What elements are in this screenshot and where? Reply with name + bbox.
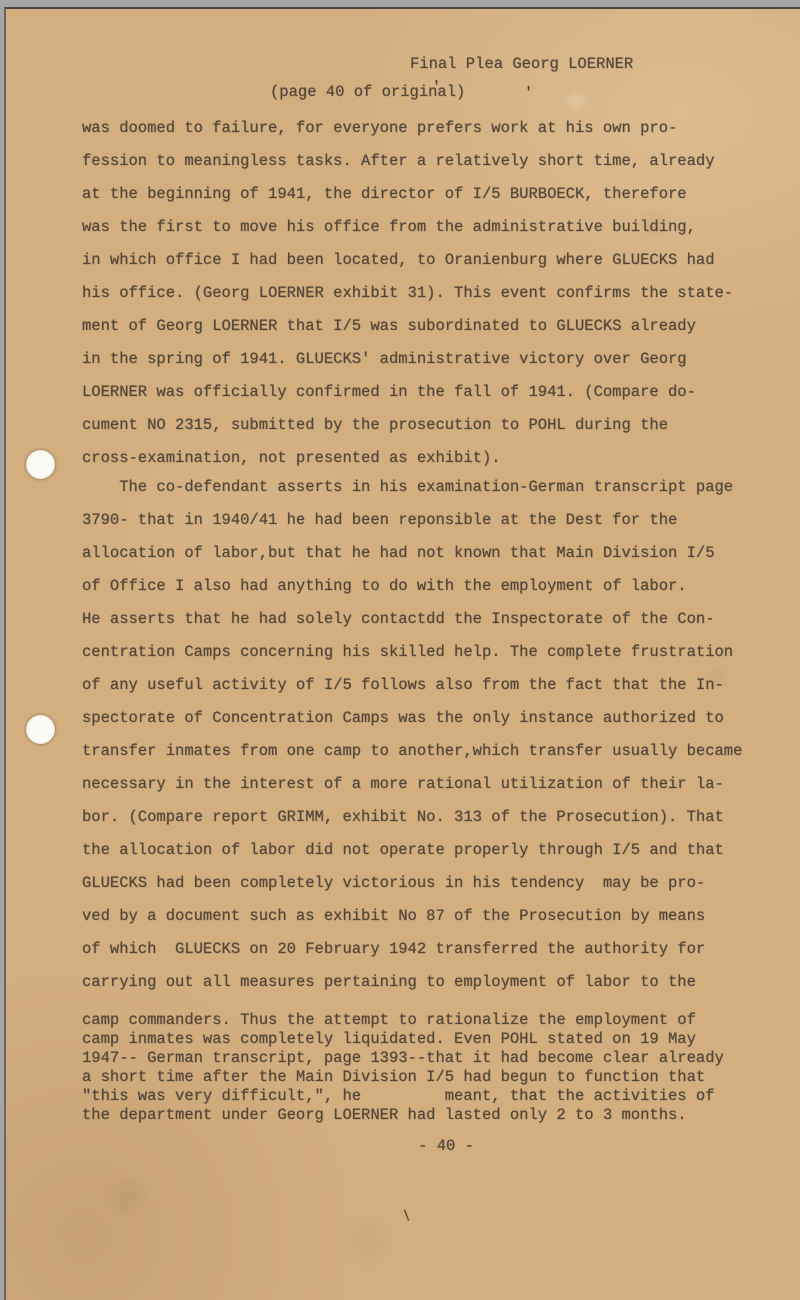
text-line: LOERNER was officially confirmed in the … [82, 376, 774, 409]
text-line: ved by a document such as exhibit No 87 … [82, 900, 774, 933]
stray-mark: \ [401, 1208, 412, 1225]
text-line: "this was very difficult,", he meant, th… [82, 1087, 774, 1106]
text-line: fession to meaningless tasks. After a re… [82, 145, 774, 178]
text-line: carrying out all measures pertaining to … [82, 966, 774, 999]
hole-punch-icon [26, 450, 55, 479]
text-line: allocation of labor,but that he had not … [82, 537, 774, 570]
paragraph-3: camp commanders. Thus the attempt to rat… [82, 1011, 774, 1125]
text-line: He asserts that he had solely contactdd … [82, 603, 774, 636]
text-line: ment of Georg LOERNER that I/5 was subor… [82, 310, 774, 343]
hole-punch-icon [26, 715, 55, 744]
text-line: the department under Georg LOERNER had l… [82, 1106, 774, 1125]
scanned-document-page: Final Plea Georg LOERNER (page 40 of ori… [0, 0, 800, 1300]
text-line: camp inmates was completely liquidated. … [82, 1030, 774, 1049]
paragraph-2: The co-defendant asserts in his examinat… [82, 471, 774, 999]
text-line: cument NO 2315, submitted by the prosecu… [82, 409, 774, 442]
document-title: Final Plea Georg LOERNER [410, 55, 633, 73]
text-line: in which office I had been located, to O… [82, 244, 774, 277]
text-line: the allocation of labor did not operate … [82, 834, 774, 867]
text-line: The co-defendant asserts in his examinat… [82, 471, 774, 504]
paragraph-1: was doomed to failure, for everyone pref… [82, 112, 774, 475]
paper-sheet: Final Plea Georg LOERNER (page 40 of ori… [4, 7, 800, 1300]
text-line: a short time after the Main Division I/5… [82, 1068, 774, 1087]
text-line: was doomed to failure, for everyone pref… [82, 112, 774, 145]
text-line: necessary in the interest of a more rati… [82, 768, 774, 801]
text-line: 3790- that in 1940/41 he had been repons… [82, 504, 774, 537]
stray-mark: ' [432, 79, 441, 96]
text-line: GLUECKS had been completely victorious i… [82, 867, 774, 900]
stray-mark: ' [524, 85, 533, 102]
text-line: transfer inmates from one camp to anothe… [82, 735, 774, 768]
text-line: spectorate of Concentration Camps was th… [82, 702, 774, 735]
text-line: in the spring of 1941. GLUECKS' administ… [82, 343, 774, 376]
text-line: of any useful activity of I/5 follows al… [82, 669, 774, 702]
text-line: was the first to move his office from th… [82, 211, 774, 244]
text-line: his office. (Georg LOERNER exhibit 31). … [82, 277, 774, 310]
text-line: 1947-- German transcript, page 1393--tha… [82, 1049, 774, 1068]
text-line: camp commanders. Thus the attempt to rat… [82, 1011, 774, 1030]
page-number: - 40 - [376, 1137, 516, 1155]
text-line: of which GLUECKS on 20 February 1942 tra… [82, 933, 774, 966]
text-line: bor. (Compare report GRIMM, exhibit No. … [82, 801, 774, 834]
text-line: of Office I also had anything to do with… [82, 570, 774, 603]
text-line: at the beginning of 1941, the director o… [82, 178, 774, 211]
text-line: centration Camps concerning his skilled … [82, 636, 774, 669]
